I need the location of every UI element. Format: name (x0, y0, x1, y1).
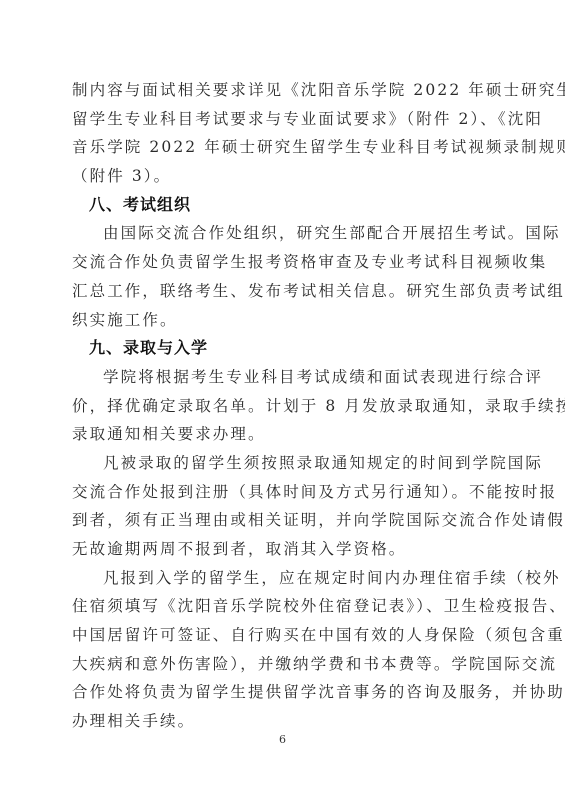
text-line: 织实施工作。 (72, 306, 496, 335)
paragraph-registration: 凡被录取的留学生须按照录取通知规定的时间到学院国际 交流合作处报到注册（具体时间… (72, 449, 496, 564)
text-line: 无故逾期两周不报到者，取消其入学资格。 (72, 535, 496, 564)
text-line: （附件 3）。 (72, 162, 496, 191)
section-heading-admission: 九、录取与入学 (72, 334, 496, 363)
text-line: 住宿须填写《沈阳音乐学院校外住宿登记表》）、卫生检疫报告、 (72, 592, 496, 621)
text-line: 汇总工作，联络考生、发布考试相关信息。研究生部负责考试组 (72, 277, 496, 306)
text-line: 留学生专业科目考试要求与专业面试要求》（附件 2）、《沈阳 (72, 105, 496, 134)
text-line: 价，择优确定录取名单。计划于 8 月发放录取通知，录取手续按 (72, 392, 496, 421)
document-page: 制内容与面试相关要求详见《沈阳音乐学院 2022 年硕士研究生 留学生专业科目考… (72, 76, 496, 736)
section-heading-exam-organization: 八、考试组织 (72, 191, 496, 220)
text-line: 办理相关手续。 (72, 707, 496, 736)
text-line: 交流合作处报到注册（具体时间及方式另行通知）。不能按时报 (72, 478, 496, 507)
text-line: 制内容与面试相关要求详见《沈阳音乐学院 2022 年硕士研究生 (72, 76, 496, 105)
text-line: 音乐学院 2022 年硕士研究生留学生专业科目考试视频录制规则》 (72, 133, 496, 162)
text-line: 合作处将负责为留学生提供留学沈音事务的咨询及服务，并协助 (72, 678, 496, 707)
paragraph-exam-organization: 由国际交流合作处组织，研究生部配合开展招生考试。国际 交流合作处负责留学生报考资… (72, 219, 496, 334)
text-line: 凡报到入学的留学生，应在规定时间内办理住宿手续（校外 (72, 564, 496, 593)
text-line: 学院将根据考生专业科目考试成绩和面试表现进行综合评 (72, 363, 496, 392)
text-line: 大疾病和意外伤害险），并缴纳学费和书本费等。学院国际交流 (72, 650, 496, 679)
text-line: 交流合作处负责留学生报考资格审查及专业考试科目视频收集 (72, 248, 496, 277)
text-line: 凡被录取的留学生须按照录取通知规定的时间到学院国际 (72, 449, 496, 478)
paragraph-admission-evaluation: 学院将根据考生专业科目考试成绩和面试表现进行综合评 价，择优确定录取名单。计划于… (72, 363, 496, 449)
text-line: 由国际交流合作处组织，研究生部配合开展招生考试。国际 (72, 219, 496, 248)
text-line: 到者，须有正当理由或相关证明，并向学院国际交流合作处请假。 (72, 506, 496, 535)
paragraph-enrollment-procedures: 凡报到入学的留学生，应在规定时间内办理住宿手续（校外 住宿须填写《沈阳音乐学院校… (72, 564, 496, 736)
text-line: 录取通知相关要求办理。 (72, 420, 496, 449)
paragraph-continuation: 制内容与面试相关要求详见《沈阳音乐学院 2022 年硕士研究生 留学生专业科目考… (72, 76, 496, 191)
page-number: 6 (0, 733, 565, 746)
text-line: 中国居留许可签证、自行购买在中国有效的人身保险（须包含重 (72, 621, 496, 650)
